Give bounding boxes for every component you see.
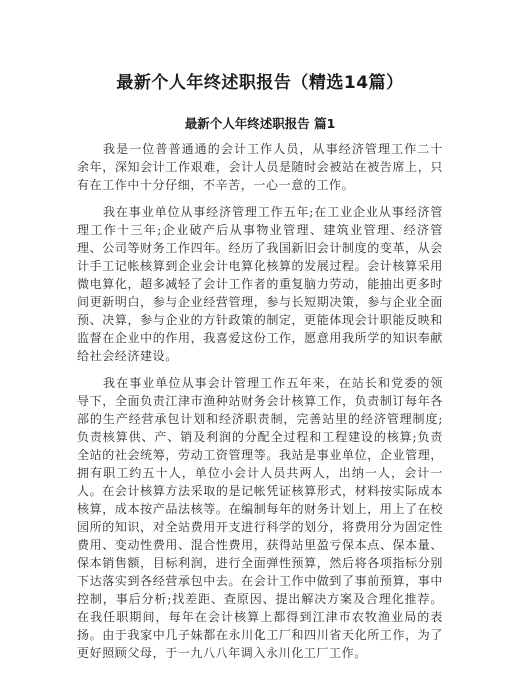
paragraph-1: 我是一位普普通通的会计工作人员，从事经济管理工作二十余年，深知会计工作艰难，会计… [77,140,443,194]
page-number: 1 [0,628,520,641]
section-title: 最新个人年终述职报告 篇1 [0,114,520,132]
document-page: 最新个人年终述职报告（精选14篇） 最新个人年终述职报告 篇1 我是一位普普通通… [0,0,520,673]
paragraph-2: 我在事业单位从事经济管理工作五年;在工业企业从事经济管理工作十三年;企业破产后从… [77,203,443,365]
document-title: 最新个人年终述职报告（精选14篇） [0,68,520,93]
document-body: 我是一位普普通通的会计工作人员，从事经济管理工作二十余年，深知会计工作艰难，会计… [77,140,443,671]
paragraph-3: 我在事业单位从事会计管理工作五年来，在站长和党委的领导下，全面负责江津市渔种站财… [77,374,443,662]
